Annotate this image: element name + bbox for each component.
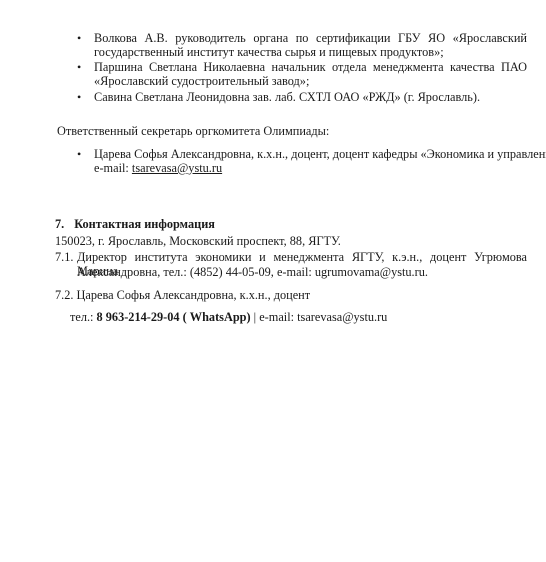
list-item-text: государственный институт качества сырья … — [94, 45, 444, 59]
phone-number: 8 963-214-29-04 ( WhatsApp) — [97, 310, 251, 324]
phone-label: тел.: — [70, 310, 97, 324]
bullet-icon: • — [77, 147, 81, 161]
contact-phone-line: тел.: 8 963-214-29-04 ( WhatsApp) | e-ma… — [70, 310, 387, 324]
list-item-text: Паршина Светлана Николаевна начальник от… — [94, 60, 527, 74]
secretary-line: Царева Софья Александровна, к.х.н., доце… — [94, 147, 527, 161]
separator: | e-mail: — [251, 310, 298, 324]
contact-name: Царева Софья Александровна, к.х.н., доце… — [77, 288, 311, 302]
secretary-email-link[interactable]: tsarevasa@ystu.ru — [132, 161, 222, 175]
bullet-icon: • — [77, 60, 81, 74]
list-item-text: «Ярославский судостроительный завод»; — [94, 74, 309, 88]
contact-item-line: 7.2. Царева Софья Александровна, к.х.н.,… — [55, 288, 310, 302]
list-item-text: Волкова А.В. руководитель органа по серт… — [94, 31, 527, 45]
secretary-email-line: e-mail: tsarevasa@ystu.ru — [94, 161, 222, 175]
section-heading: 7.Контактная информация — [55, 217, 215, 231]
contact-email[interactable]: tsarevasa@ystu.ru — [297, 310, 387, 324]
item-number: 7.1. — [55, 250, 73, 264]
bullet-icon: • — [77, 31, 81, 45]
section-title: Контактная информация — [74, 217, 215, 231]
contact-item-line: Александровна, тел.: (4852) 44-05-09, e-… — [77, 265, 428, 279]
address: 150023, г. Ярославль, Московский проспек… — [55, 234, 341, 248]
email-label: e-mail: — [94, 161, 132, 175]
bullet-icon: • — [77, 90, 81, 104]
item-number: 7.2. — [55, 288, 73, 302]
section-number: 7. — [55, 217, 64, 231]
secretary-heading: Ответственный секретарь оргкомитета Олим… — [57, 124, 329, 138]
list-item-text: Савина Светлана Леонидовна зав. лаб. СХТ… — [94, 90, 480, 104]
